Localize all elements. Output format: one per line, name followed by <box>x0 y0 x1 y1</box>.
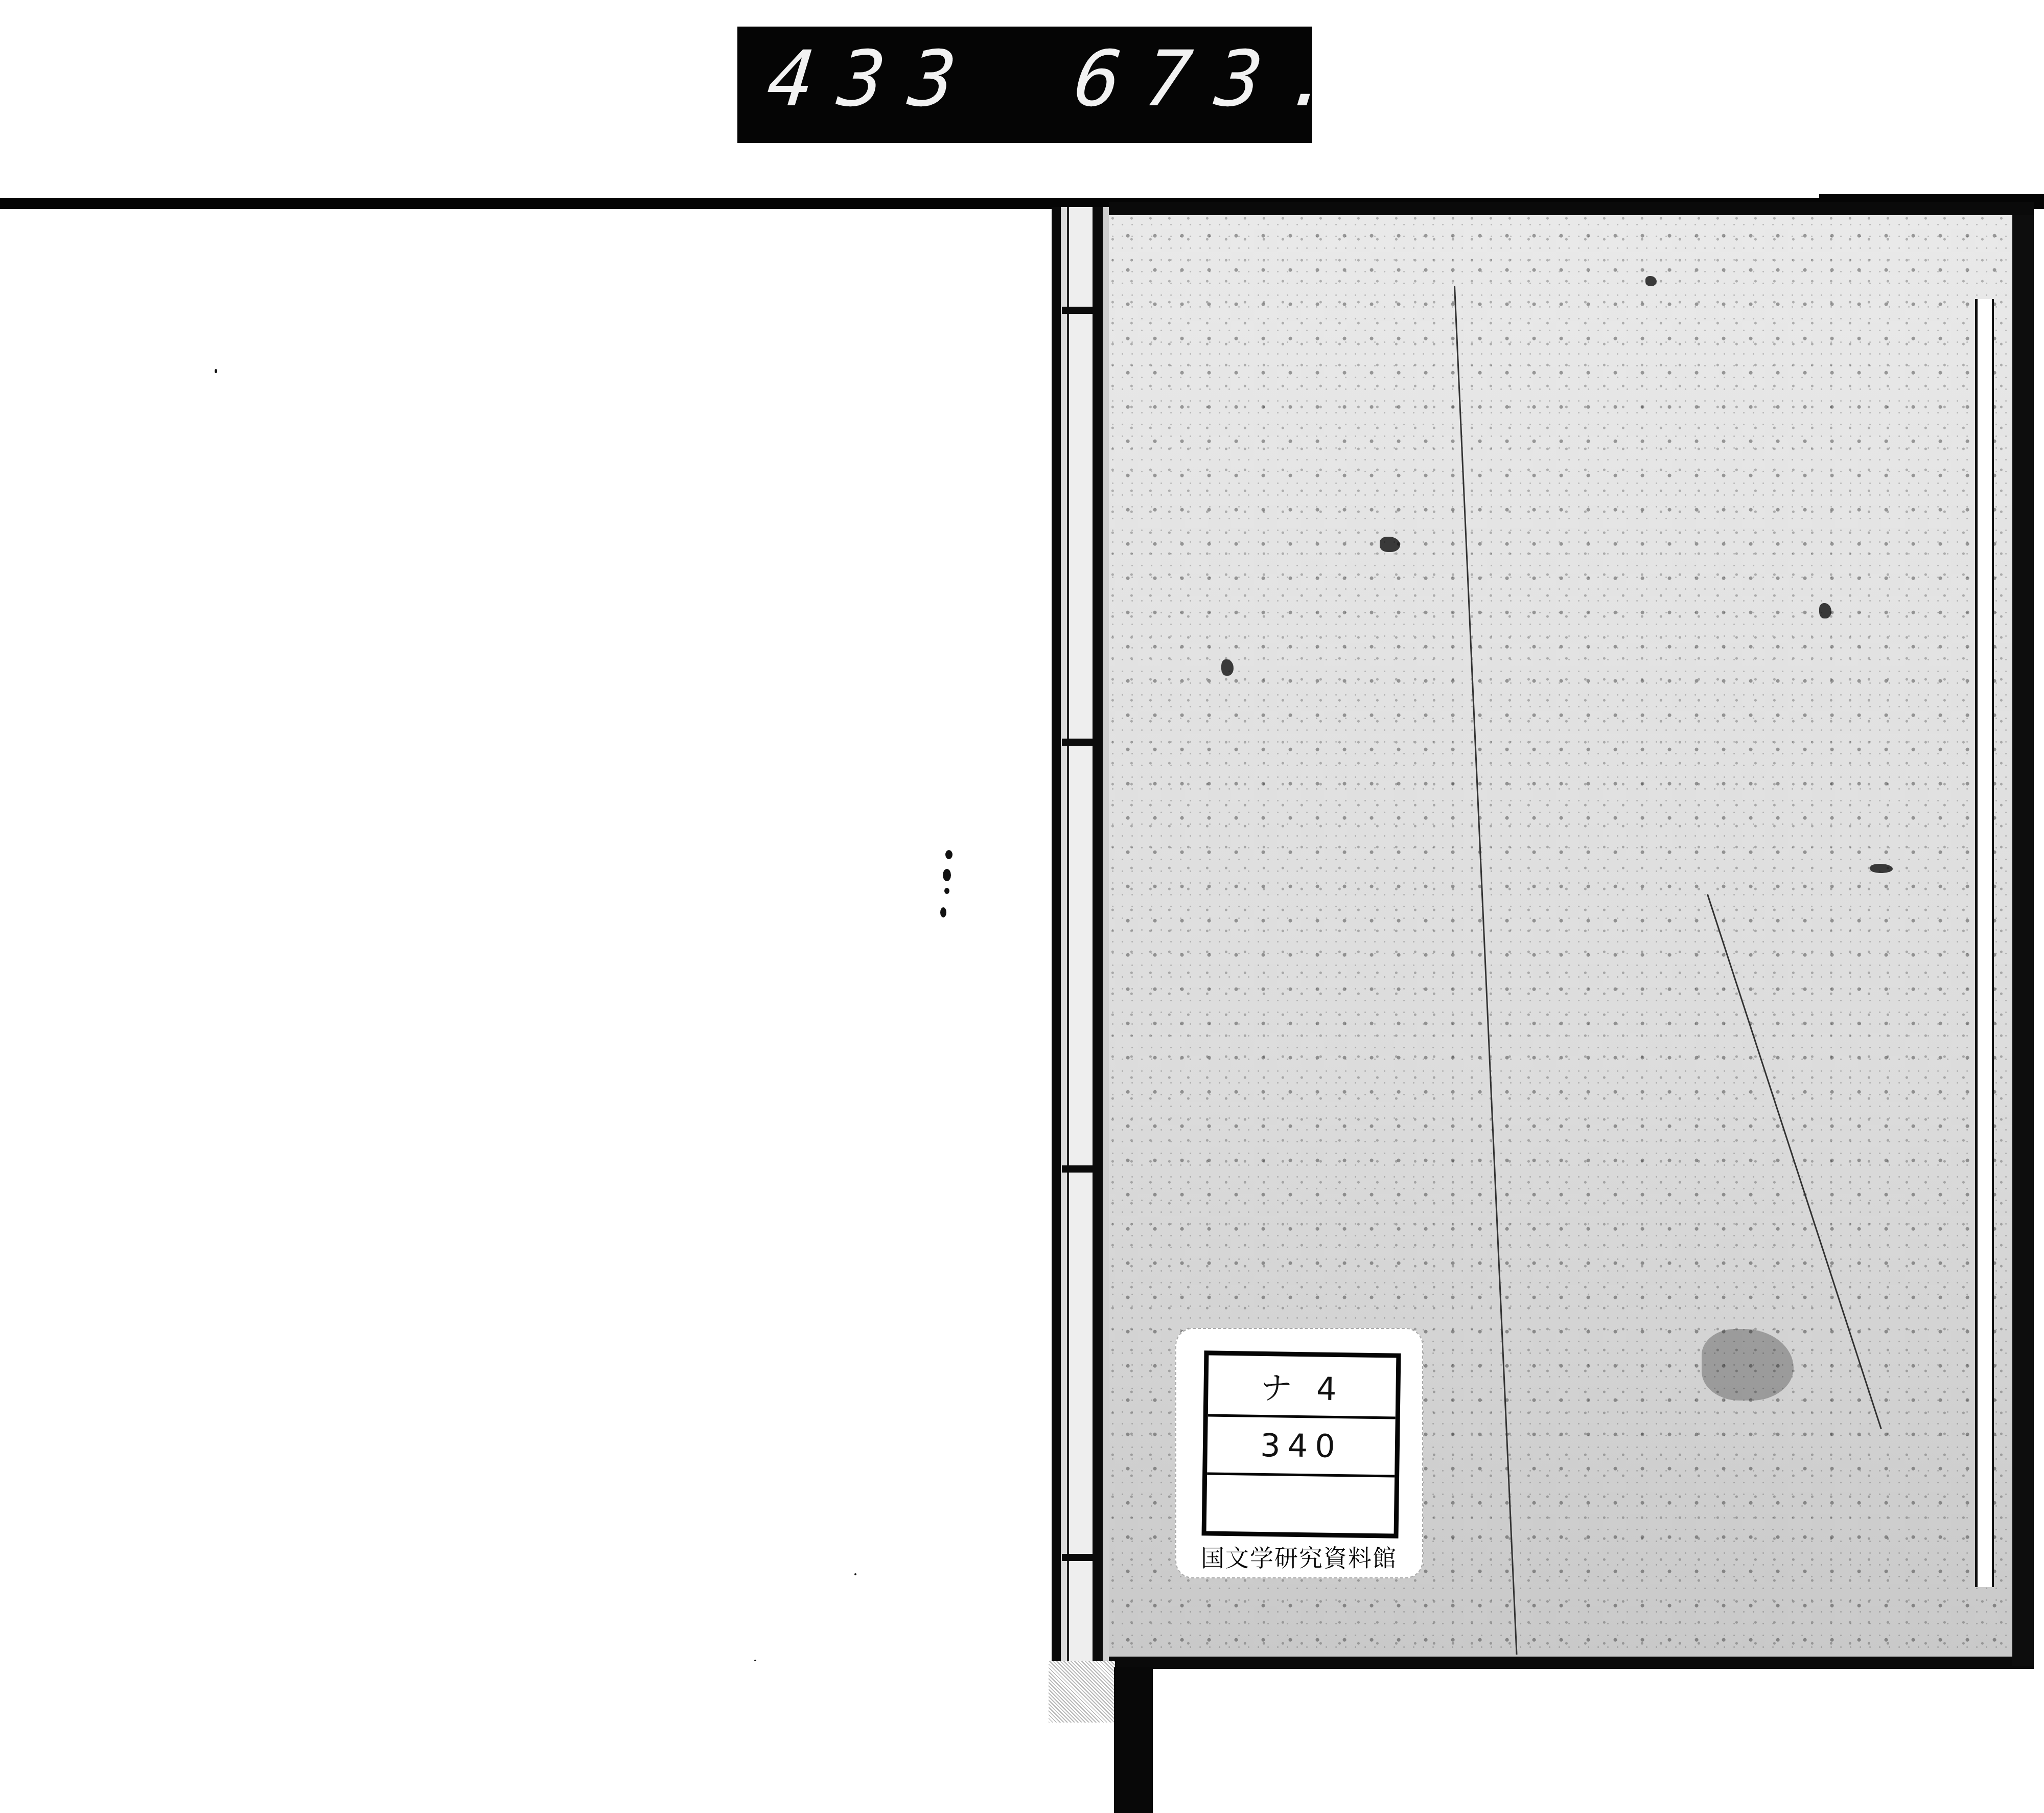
frame-number: 673. <box>1071 41 1361 118</box>
cover-edge-shadow <box>2012 215 2034 1666</box>
speck <box>854 1573 856 1575</box>
speck <box>945 850 953 859</box>
cover-stain <box>1819 603 1831 618</box>
blank-left-page <box>0 209 1053 1813</box>
speck <box>943 869 951 881</box>
binding-tab <box>1062 739 1103 746</box>
reel-number: 433 <box>764 41 984 118</box>
binding-tab <box>1062 307 1103 314</box>
cover-stain <box>1380 537 1400 552</box>
call-number-blank <box>1206 1473 1395 1534</box>
cover-stain <box>1870 864 1893 873</box>
call-number-box: ナ 4 340 <box>1201 1350 1401 1538</box>
speck <box>944 888 949 894</box>
speck <box>215 369 217 373</box>
stand-shadow <box>1049 1661 1115 1723</box>
call-number-item: 340 <box>1207 1414 1396 1475</box>
book-spine <box>1052 207 1113 1679</box>
speck <box>940 907 946 917</box>
title-slip <box>1975 299 1994 1587</box>
book-stand <box>1114 1667 1153 1813</box>
cover-stain <box>1221 659 1234 676</box>
speck <box>754 1660 756 1661</box>
binding-tab <box>1062 1165 1103 1173</box>
institution-name: 国文学研究資料館 <box>1197 1540 1401 1573</box>
binding-tab <box>1062 1554 1103 1561</box>
library-label: ナ 4 340 国文学研究資料館 <box>1175 1328 1423 1578</box>
frame-counter-plate: 433 673. <box>737 27 1312 143</box>
call-number-class: ナ 4 <box>1208 1355 1397 1416</box>
cover-stain <box>1645 276 1657 286</box>
